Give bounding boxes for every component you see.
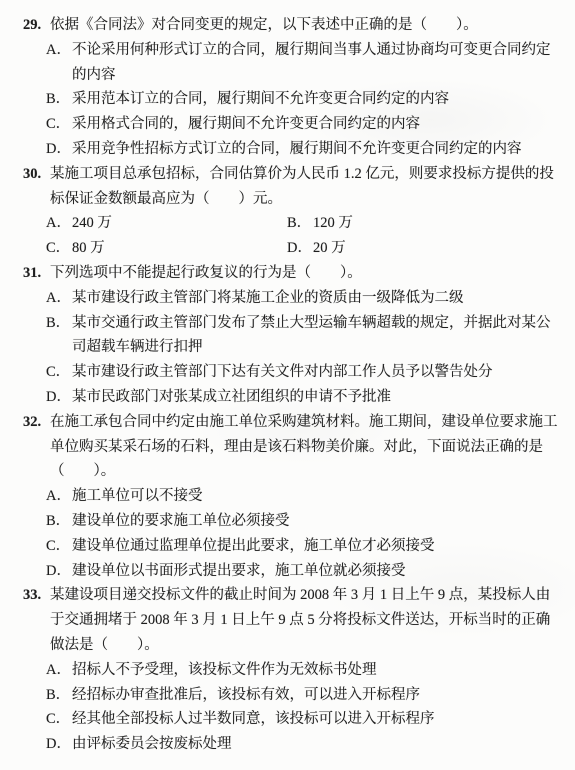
- option-line: A．施工单位可以不接受: [0, 484, 575, 509]
- option-text: 某市交通行政主管部门发布了禁止大型运输车辆超载的规定，并据此对某公: [72, 311, 551, 336]
- question-number: 32.: [23, 410, 41, 435]
- option-label: D．: [46, 559, 71, 584]
- option-text: 由评标委员会按废标处理: [72, 732, 232, 757]
- question-stem-text: 依据《合同法》对合同变更的规定，以下表述中正确的是（ ）。: [50, 13, 478, 38]
- exam-page: 29.依据《合同法》对合同变更的规定，以下表述中正确的是（ ）。A．不论采用何种…: [0, 0, 575, 770]
- option-text: 司超载车辆进行扣押: [72, 335, 203, 360]
- question-stem-line: 33.某建设项目递交投标文件的截止时间为 2008 年 3 月 1 日上午 9 …: [0, 583, 575, 608]
- question-stem-line: 31.下列选项中不能提起行政复议的行为是（ ）。: [0, 261, 575, 286]
- option-label: A．: [46, 38, 71, 63]
- question-30: 30.某施工项目总承包招标，合同估算价为人民币 1.2 亿元，则要求投标方提供的…: [0, 162, 575, 261]
- option-line: C．采用格式合同的，履行期间不允许变更合同约定的内容: [0, 112, 575, 137]
- option-line: B．建设单位的要求施工单位必须接受: [0, 509, 575, 534]
- option-line: 司超载车辆进行扣押: [0, 335, 575, 360]
- question-stem-line: 做法是（ ）。: [0, 633, 575, 658]
- option-label: B．: [46, 509, 70, 534]
- option-label: D．: [46, 137, 71, 162]
- question-stem-text: 标保证金数额最高应为（ ）元。: [50, 187, 282, 212]
- option-text: 建设单位的要求施工单位必须接受: [72, 509, 290, 534]
- option-text: 建设单位以书面形式提出要求，施工单位就必须接受: [72, 559, 406, 584]
- option-line: B．采用范本订立的合同，履行期间不允许变更合同约定的内容: [0, 87, 575, 112]
- question-stem-line: 于交通拥堵于 2008 年 3 月 1 日上午 9 点 5 分将投标文件送达，开…: [0, 608, 575, 633]
- option-line: A．不论采用何种形式订立的合同，履行期间当事人通过协商均可变更合同约定: [0, 38, 575, 63]
- question-31: 31.下列选项中不能提起行政复议的行为是（ ）。A．某市建设行政主管部门将某施工…: [0, 261, 575, 410]
- option-label: A．: [46, 658, 71, 683]
- question-stem-line: 32.在施工承包合同中约定由施工单位采购建筑材料。施工期间，建设单位要求施工: [0, 410, 575, 435]
- question-stem-text: 某建设项目递交投标文件的截止时间为 2008 年 3 月 1 日上午 9 点，某…: [50, 583, 550, 608]
- question-stem-text: 做法是（ ）。: [50, 633, 159, 658]
- option-label: C．: [46, 112, 70, 137]
- option-line: B．某市交通行政主管部门发布了禁止大型运输车辆超载的规定，并据此对某公: [0, 311, 575, 336]
- option-label: D．: [287, 236, 312, 261]
- option-text: 80 万: [72, 236, 105, 261]
- option-grid-row: C．80 万D．20 万: [0, 236, 575, 261]
- question-32: 32.在施工承包合同中约定由施工单位采购建筑材料。施工期间，建设单位要求施工单位…: [0, 410, 575, 584]
- option-text: 招标人不予受理，该投标文件作为无效标书处理: [72, 658, 377, 683]
- option-label: C．: [46, 236, 70, 261]
- option-label: B．: [46, 311, 70, 336]
- option-line: D．由评标委员会按废标处理: [0, 732, 575, 757]
- option-label: B．: [46, 87, 70, 112]
- question-stem-text: 于交通拥堵于 2008 年 3 月 1 日上午 9 点 5 分将投标文件送达，开…: [50, 608, 550, 633]
- option-text: 某市建设行政主管部门将某施工企业的资质由一级降低为二级: [72, 286, 464, 311]
- question-stem-line: 单位购买某采石场的石料，理由是该石料物美价廉。对此，下面说法正确的是: [0, 435, 575, 460]
- question-stem-text: 某施工项目总承包招标，合同估算价为人民币 1.2 亿元，则要求投标方提供的投: [50, 162, 554, 187]
- option-text: 采用范本订立的合同，履行期间不允许变更合同约定的内容: [72, 87, 449, 112]
- question-stem-line: （ ）。: [0, 459, 575, 484]
- question-stem-line: 30.某施工项目总承包招标，合同估算价为人民币 1.2 亿元，则要求投标方提供的…: [0, 162, 575, 187]
- option-label: D．: [46, 732, 71, 757]
- option-text: 采用竞争性招标方式订立的合同，履行期间不允许变更合同约定的内容: [72, 137, 522, 162]
- option-text: 20 万: [313, 236, 346, 261]
- question-stem-text: （ ）。: [50, 459, 115, 484]
- option-text: 某市民政部门对张某成立社团组织的申请不予批准: [72, 385, 391, 410]
- option-label: C．: [46, 534, 70, 559]
- option-text: 的内容: [72, 63, 116, 88]
- option-text: 不论采用何种形式订立的合同，履行期间当事人通过协商均可变更合同约定: [72, 38, 551, 63]
- question-stem-text: 在施工承包合同中约定由施工单位采购建筑材料。施工期间，建设单位要求施工: [50, 410, 558, 435]
- option-label: C．: [46, 360, 70, 385]
- option-line: C．某市建设行政主管部门下达有关文件对内部工作人员予以警告处分: [0, 360, 575, 385]
- option-label: D．: [46, 385, 71, 410]
- question-number: 33.: [23, 583, 41, 608]
- question-number: 29.: [23, 13, 41, 38]
- option-text: 经其他全部投标人过半数同意，该投标可以进入开标程序: [72, 707, 435, 732]
- option-line: D．建设单位以书面形式提出要求，施工单位就必须接受: [0, 559, 575, 584]
- option-text: 经招标办审查批准后，该投标有效，可以进入开标程序: [72, 683, 420, 708]
- option-label: A．: [46, 286, 71, 311]
- question-stem-line: 29.依据《合同法》对合同变更的规定，以下表述中正确的是（ ）。: [0, 13, 575, 38]
- option-line: C．经其他全部投标人过半数同意，该投标可以进入开标程序: [0, 707, 575, 732]
- question-29: 29.依据《合同法》对合同变更的规定，以下表述中正确的是（ ）。A．不论采用何种…: [0, 13, 575, 162]
- question-number: 31.: [23, 261, 41, 286]
- option-text: 240 万: [72, 211, 112, 236]
- option-label: C．: [46, 707, 70, 732]
- option-text: 某市建设行政主管部门下达有关文件对内部工作人员予以警告处分: [72, 360, 493, 385]
- option-line: D．采用竞争性招标方式订立的合同，履行期间不允许变更合同约定的内容: [0, 137, 575, 162]
- option-line: D．某市民政部门对张某成立社团组织的申请不予批准: [0, 385, 575, 410]
- option-text: 采用格式合同的，履行期间不允许变更合同约定的内容: [72, 112, 420, 137]
- question-stem-text: 下列选项中不能提起行政复议的行为是（ ）。: [50, 261, 362, 286]
- option-label: A．: [46, 211, 71, 236]
- option-grid-row: A．240 万B．120 万: [0, 211, 575, 236]
- option-label: A．: [46, 484, 71, 509]
- option-line: 的内容: [0, 63, 575, 88]
- option-text: 120 万: [313, 211, 353, 236]
- question-stem-line: 标保证金数额最高应为（ ）元。: [0, 187, 575, 212]
- question-number: 30.: [23, 162, 41, 187]
- option-label: B．: [287, 211, 311, 236]
- option-text: 建设单位通过监理单位提出此要求，施工单位才必须接受: [72, 534, 435, 559]
- option-line: C．建设单位通过监理单位提出此要求，施工单位才必须接受: [0, 534, 575, 559]
- question-stem-text: 单位购买某采石场的石料，理由是该石料物美价廉。对此，下面说法正确的是: [50, 435, 543, 460]
- option-text: 施工单位可以不接受: [72, 484, 203, 509]
- question-33: 33.某建设项目递交投标文件的截止时间为 2008 年 3 月 1 日上午 9 …: [0, 583, 575, 757]
- option-line: A．招标人不予受理，该投标文件作为无效标书处理: [0, 658, 575, 683]
- option-line: A．某市建设行政主管部门将某施工企业的资质由一级降低为二级: [0, 286, 575, 311]
- option-line: B．经招标办审查批准后，该投标有效，可以进入开标程序: [0, 683, 575, 708]
- option-label: B．: [46, 683, 70, 708]
